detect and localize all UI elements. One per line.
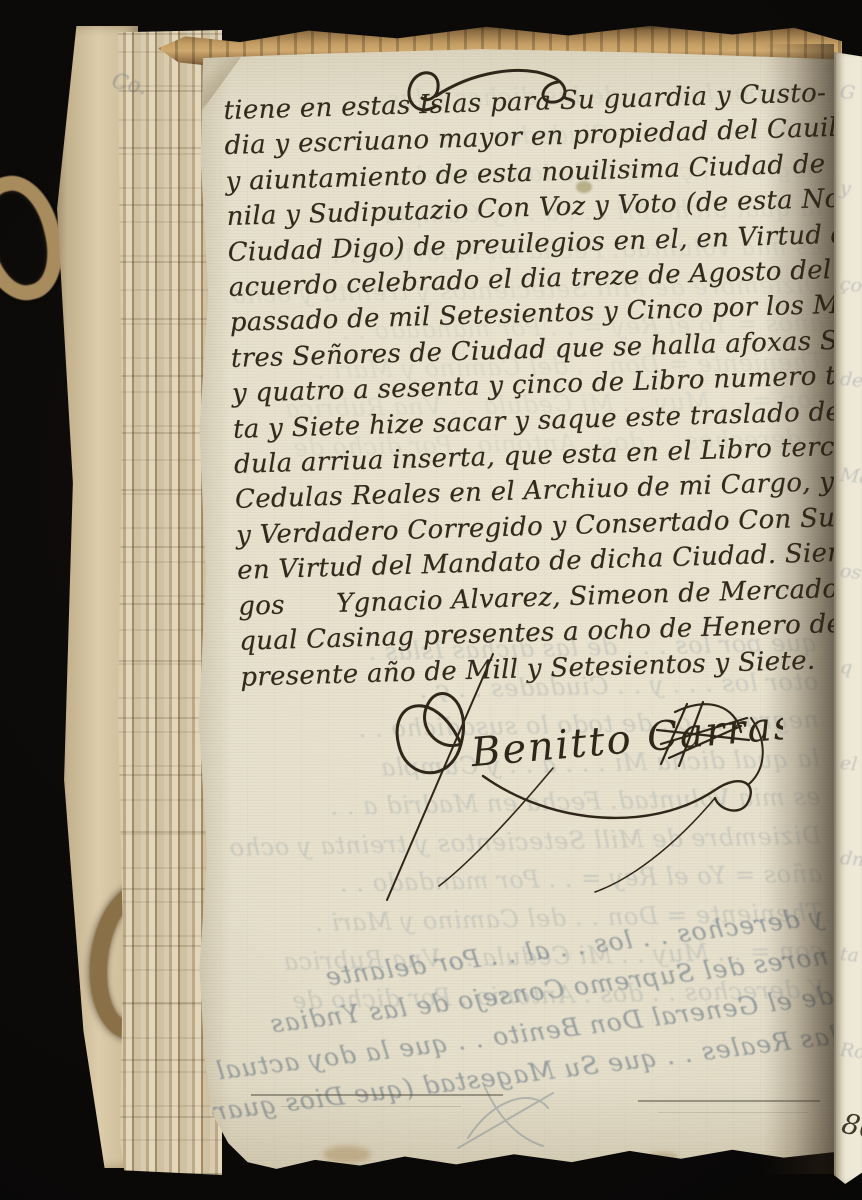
bleedthrough-fragment: Ro <box>839 1039 862 1063</box>
bleedthrough-fragment: os <box>839 560 862 584</box>
bleedthrough-line: Y derechos . . dos . Antonio . Por dicho… <box>208 970 825 1021</box>
bleedthrough-fragment: q <box>839 656 862 680</box>
bleedthrough-fragment: de <box>839 368 862 392</box>
bleedthrough-fragment: Ma <box>839 464 862 488</box>
manuscript-text-block: tiene en estas Islas para Su guardia y C… <box>223 76 845 696</box>
bleedthrough-fragment: el <box>839 751 862 775</box>
bleedthrough-fragment: y <box>839 177 862 201</box>
paper-stain <box>648 1152 678 1162</box>
next-page-sliver: GyçodeMaosqeldntaRo 80 <box>834 52 862 1184</box>
bleedthrough-fragment: G <box>839 81 862 105</box>
pencil-line <box>251 1094 503 1096</box>
paper-stain <box>323 1146 371 1163</box>
pencil-line <box>658 1112 808 1113</box>
bleedthrough-line: nores del Supremo Consejo de las Yndias <box>176 936 831 1056</box>
bleedthrough-fragment: ta <box>839 943 862 967</box>
manuscript-page: que por los . . . de las dichas Islas .o… <box>193 48 835 1170</box>
notary-signature: Benitto Carras <box>343 648 783 948</box>
bleedthrough-fragment: dn <box>839 847 862 871</box>
manuscript-photo: Co. que por los . . . de las dichas Isla… <box>0 0 862 1200</box>
folio-number: 80 <box>839 1107 862 1147</box>
next-page-bleedthrough: GyçodeMaosqeldntaRo <box>840 82 862 1062</box>
bleedthrough-fragment: ço <box>839 272 862 296</box>
pencil-line <box>281 1106 461 1107</box>
pencil-line <box>638 1100 820 1102</box>
bleedthrough-rubric-icon <box>438 1068 578 1158</box>
signature-name: Benitto Carras <box>468 702 783 776</box>
